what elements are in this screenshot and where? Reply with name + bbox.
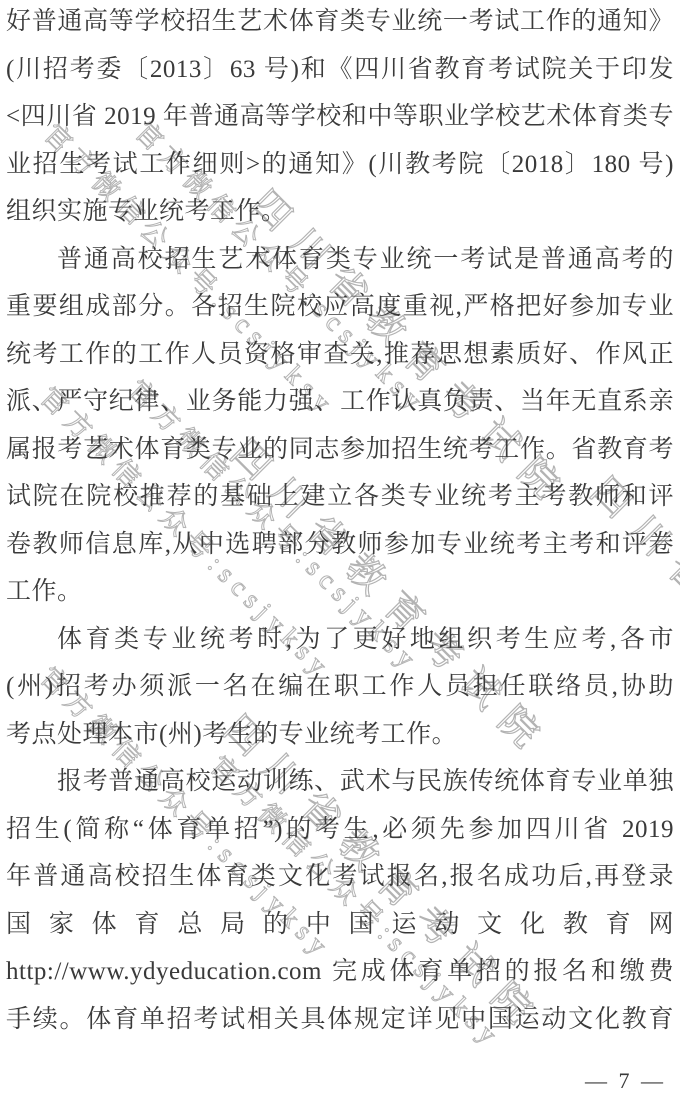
document-line: 手续。体育单招考试相关具体规定详见中国运动文化教育 xyxy=(6,996,674,1044)
document-line: 业招生考试工作细则>的通知》(川教考院〔2018〕180 号) xyxy=(6,141,674,189)
document-page: 四川省教育考试院 四川省教育考试院 四川省教育考试院 四川省教育考试院 官方微信… xyxy=(0,0,680,1100)
document-line: (州)招考办须派一名在编在职工作人员担任联络员,协助 xyxy=(6,663,674,711)
document-line: 属报考艺术体育类专业的同志参加招生统考工作。省教育考 xyxy=(6,426,674,474)
document-line: 组织实施专业统考工作。 xyxy=(6,188,674,236)
document-line: http://www.ydyeducation.com 完成体育单招的报名和缴费 xyxy=(6,948,674,996)
document-line: 工作。 xyxy=(6,568,674,616)
document-line: 统考工作的工作人员资格审查关,推荐思想素质好、作风正 xyxy=(6,331,674,379)
page-number: — 7 — xyxy=(585,1068,666,1094)
document-line: 试院在院校推荐的基础上建立各类专业统考主考教师和评 xyxy=(6,473,674,521)
document-line: 招生(简称“体育单招”)的考生,必须先参加四川省 2019 xyxy=(6,806,674,854)
document-line: 派、严守纪律、业务能力强、工作认真负责、当年无直系亲 xyxy=(6,378,674,426)
document-line: 普通高校招生艺术体育类专业统一考试是普通高考的 xyxy=(6,236,674,284)
document-line: 重要组成部分。各招生院校应高度重视,严格把好参加专业 xyxy=(6,283,674,331)
document-body: 好普通高等学校招生艺术体育类专业统一考试工作的通知》(川招考委〔2013〕63 … xyxy=(6,0,674,1043)
document-line: 好普通高等学校招生艺术体育类专业统一考试工作的通知》 xyxy=(6,0,674,46)
document-line: <四川省 2019 年普通高等学校和中等职业学校艺术体育类专 xyxy=(6,93,674,141)
document-line: 报考普通高校运动训练、武术与民族传统体育专业单独 xyxy=(6,758,674,806)
document-line: (川招考委〔2013〕63 号)和《四川省教育考试院关于印发 xyxy=(6,46,674,94)
document-line: 国家体育总局的中国运动文化教育网 xyxy=(6,901,674,949)
document-line: 卷教师信息库,从中选聘部分教师参加专业统考主考和评卷 xyxy=(6,521,674,569)
document-line: 考点处理本市(州)考生的专业统考工作。 xyxy=(6,711,674,759)
document-line: 年普通高校招生体育类文化考试报名,报名成功后,再登录 xyxy=(6,853,674,901)
document-line: 体育类专业统考时,为了更好地组织考生应考,各市 xyxy=(6,616,674,664)
